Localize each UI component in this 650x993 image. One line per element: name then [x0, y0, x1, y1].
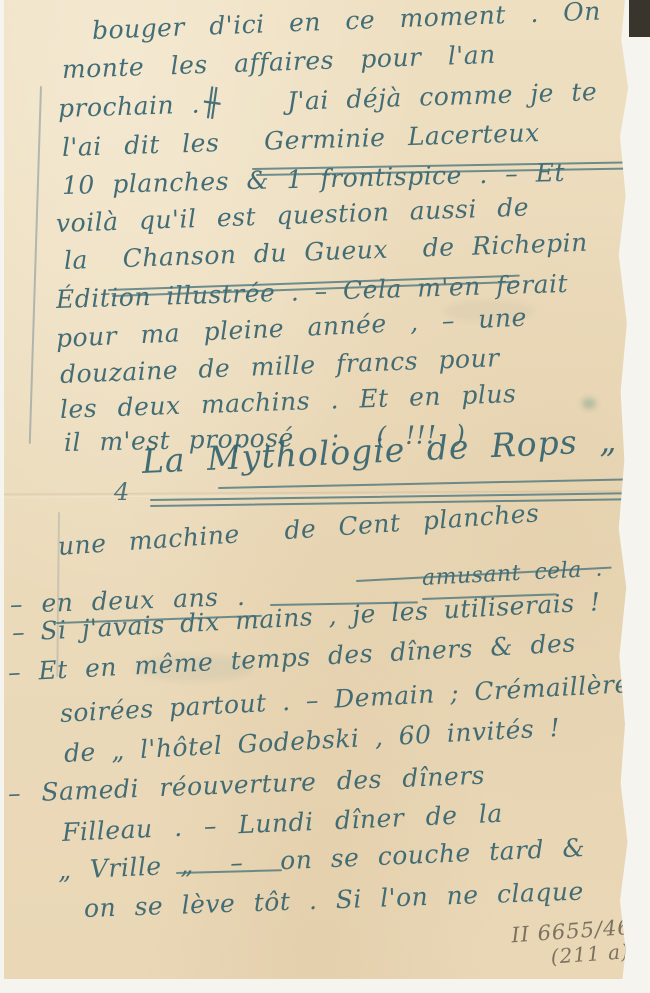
letter-page: bouger d'ici en ce moment . On monte les…: [4, 0, 630, 979]
ink-underline-title-upper: [218, 478, 648, 489]
handwritten-line: bouger d'ici en ce moment . On: [91, 0, 601, 45]
letter-scan: bouger d'ici en ce moment . On monte les…: [0, 0, 650, 993]
scan-background-corner: [629, 0, 650, 37]
ink-smudge: [582, 398, 596, 409]
handwritten-line: on se lève tôt . Si l'on ne claque: [83, 877, 584, 923]
handwritten-line: voilà qu'il est question aussi de: [55, 192, 529, 238]
page-number: 4: [114, 478, 130, 506]
handwritten-line: – Samedi réouverture des dîners: [7, 761, 485, 808]
handwritten-line: monte les affaires pour l'an: [61, 40, 496, 84]
handwritten-line: prochain . J'ai déjà comme je te: [58, 77, 598, 123]
handwritten-line: une machine de Cent planches: [57, 498, 540, 561]
margin-pencil-line: [29, 86, 42, 444]
archive-number: II 6655/468 (211 a): [471, 914, 649, 974]
handwritten-line: l'ai dit les Germinie Lacerteux: [62, 118, 540, 162]
